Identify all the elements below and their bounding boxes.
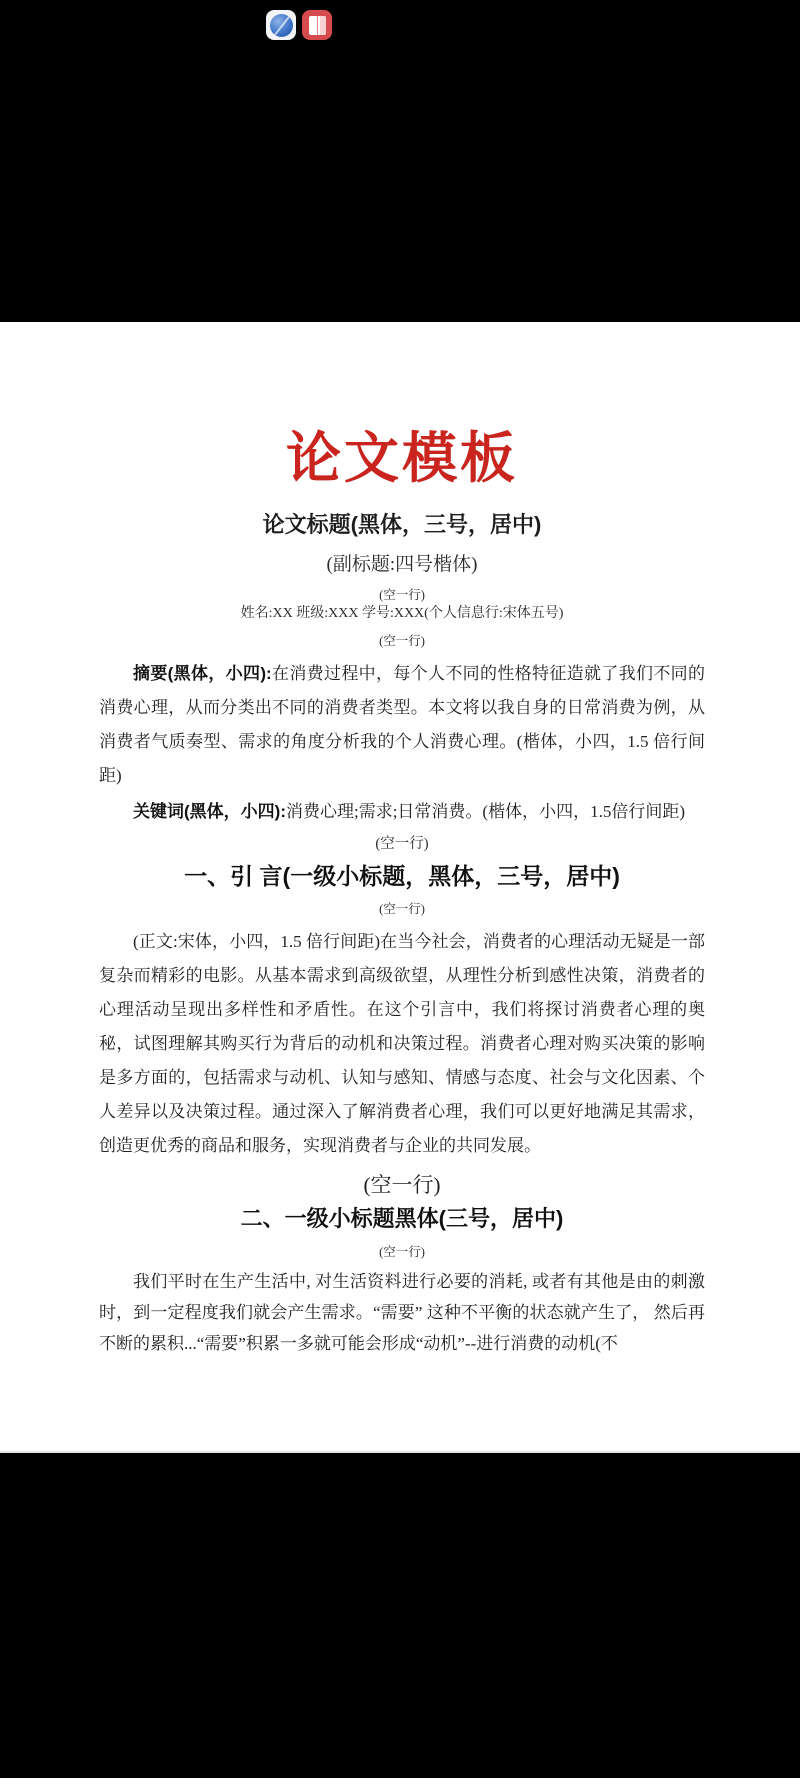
keywords-paragraph: 关键词(黑体，小四):消费心理;需求;日常消费。(楷体，小四，1.5倍行间距) [99,795,705,828]
blank-line-marker-6: (空一行) [99,1245,705,1260]
keywords-text: 消费心理;需求;日常消费。(楷体，小四，1.5倍行间距) [286,802,685,821]
blank-line-marker-1: (空一行) [99,588,705,603]
section1-heading: 一、引 言(一级小标题，黑体，三号，居中) [99,861,705,891]
top-app-icons [266,10,332,40]
phone-screen: 论文模板 论文标题(黑体，三号，居中) (副标题:四号楷体) (空一行) 姓名:… [0,0,800,1778]
abstract-paragraph: 摘要(黑体，小四):在消费过程中，每个人不同的性格特征造就了我们不同的消费心理，… [99,657,705,793]
open-book-icon [309,16,326,35]
browser-app-icon[interactable] [266,10,296,40]
section1-body: (正文:宋体，小四，1.5 倍行间距)在当今社会，消费者的心理活动无疑是一部复杂… [99,925,705,1163]
books-app-icon[interactable] [302,10,332,40]
section2-body: 我们平时在生产生活中, 对生活资料进行必要的消耗, 或者有其他是由的刺激时，到一… [99,1266,705,1359]
paper-title-spec: 论文标题(黑体，三号，居中) [99,512,705,538]
blank-line-marker-2: (空一行) [99,634,705,649]
blank-line-marker-4: (空一行) [99,902,705,917]
document-main-title: 论文模板 [99,428,705,488]
section2-heading: 二、一级小标题黑体(三号，居中) [99,1204,705,1234]
author-info-line: 姓名:XX 班级:XXX 学号:XXX(个人信息行:宋体五号) [99,605,705,623]
blank-line-marker-5: (空一行) [99,1172,705,1198]
blank-line-marker-3: (空一行) [99,835,705,853]
document-page[interactable]: 论文模板 论文标题(黑体，三号，居中) (副标题:四号楷体) (空一行) 姓名:… [0,322,800,1453]
abstract-label: 摘要(黑体，小四): [133,664,272,683]
globe-icon [270,14,293,37]
paper-subtitle-spec: (副标题:四号楷体) [99,553,705,577]
keywords-label: 关键词(黑体，小四): [133,802,286,821]
